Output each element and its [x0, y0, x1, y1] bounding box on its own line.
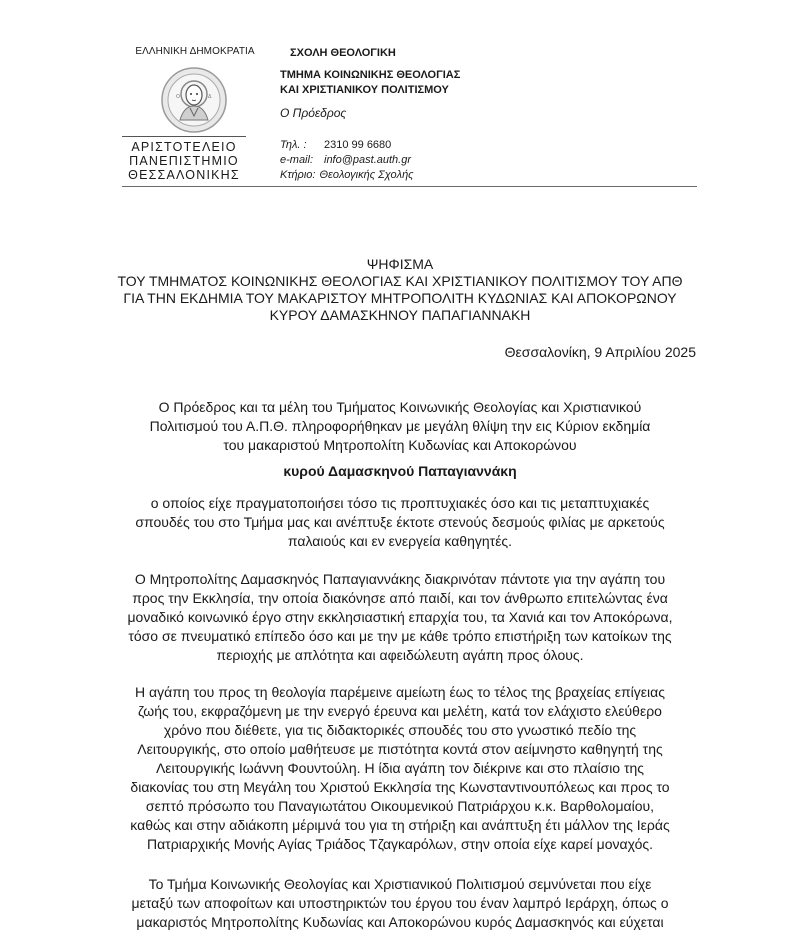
email-row: e-mail:info@past.auth.gr: [280, 153, 414, 168]
paragraph-theology: Η αγάπη του προς τη θεολογία παρέμεινε α…: [96, 683, 704, 854]
text-line: προς την Εκκλησία, την οποία διακόνησε α…: [96, 589, 704, 608]
republic-label: ΕΛΛΗΝΙΚΗ ΔΗΜΟΚΡΑΤΙΑ: [122, 46, 268, 57]
deceased-name: κυρού Δαμασκηνού Παπαγιαννάκη: [96, 463, 704, 479]
text-line: Πολιτισμού του Α.Π.Θ. πληροφορήθηκαν με …: [96, 417, 704, 436]
paragraph-studies: ο οποίος είχε πραγματοποιήσει τόσο τις π…: [96, 494, 704, 551]
phone-value: 2310 99 6680: [324, 139, 391, 151]
text-line: σεπτό πρόσωπο του Παναγιωτάτου Οικουμενι…: [96, 797, 704, 816]
building-label: Κτήριο:: [280, 168, 315, 183]
paragraph-intro: Ο Πρόεδρος και τα μέλη του Τμήματος Κοιν…: [96, 398, 704, 455]
text-line: διακονίας του στη Μεγάλη του Χριστού Εκκ…: [96, 778, 704, 797]
email-label: e-mail:: [280, 153, 320, 168]
building-value: Θεολογικής Σχολής: [319, 169, 413, 181]
phone-row: Τηλ. :2310 99 6680: [280, 138, 414, 153]
paragraph-honor: Το Τμήμα Κοινωνικής Θεολογίας και Χριστι…: [96, 875, 704, 932]
university-line: ΘΕΣΣΑΛΟΝΙΚΗΣ: [122, 168, 246, 182]
svg-text:Δ: Δ: [208, 94, 212, 100]
text-line: παλαιούς και εν ενεργεία καθηγητές.: [96, 532, 704, 551]
contact-info: Τηλ. :2310 99 6680 e-mail:info@past.auth…: [280, 138, 414, 183]
building-row: Κτήριο:Θεολογικής Σχολής: [280, 168, 414, 183]
department-name: ΤΜΗΜΑ ΚΟΙΝΩΝΙΚΗΣ ΘΕΟΛΟΓΙΑΣ ΚΑΙ ΧΡΙΣΤΙΑΝΙ…: [280, 68, 460, 98]
department-line: ΤΜΗΜΑ ΚΟΙΝΩΝΙΚΗΣ ΘΕΟΛΟΓΙΑΣ: [280, 68, 460, 83]
text-line: του μακαριστού Μητροπολίτη Κυδωνίας και …: [96, 436, 704, 455]
text-line: Η αγάπη του προς τη θεολογία παρέμεινε α…: [96, 683, 704, 702]
text-line: μακαριστός Μητροπολίτης Κυδωνίας και Απο…: [96, 913, 704, 932]
title-line: ΚΥΡΟΥ ΔΑΜΑΣΚΗΝΟΥ ΠΑΠΑΓΙΑΝΝΑΚΗ: [100, 307, 700, 324]
document-title: ΨΗΦΙΣΜΑ ΤΟΥ ΤΜΗΜΑΤΟΣ ΚΟΙΝΩΝΙΚΗΣ ΘΕΟΛΟΓΙΑ…: [100, 256, 700, 324]
department-line: ΚΑΙ ΧΡΙΣΤΙΑΝΙΚΟΥ ΠΟΛΙΤΙΣΜΟΥ: [280, 83, 460, 98]
email-link[interactable]: info@past.auth.gr: [324, 154, 411, 166]
svg-text:Ο: Ο: [176, 94, 180, 100]
text-line: Λειτουργικής Ιωάννη Φουντούλη. Η ίδια αγ…: [96, 759, 704, 778]
text-line: ζωής του, εκφραζόμενη με την ενεργό έρευ…: [96, 702, 704, 721]
aristotle-university-emblem-icon: Ο Δ: [160, 66, 228, 134]
paragraph-ministry: Ο Μητροπολίτης Δαμασκηνός Παπαγιαννάκης …: [96, 570, 704, 665]
text-line: τόσο σε πνευματικό επίπεδο όσο και με τη…: [96, 627, 704, 646]
document-date: Θεσσαλονίκη, 9 Απριλίου 2025: [505, 344, 696, 360]
title-line: ΤΟΥ ΤΜΗΜΑΤΟΣ ΚΟΙΝΩΝΙΚΗΣ ΘΕΟΛΟΓΙΑΣ ΚΑΙ ΧΡ…: [100, 273, 700, 290]
text-line: μοναδικό κοινωνικό έργο στην εκκλησιαστι…: [96, 608, 704, 627]
text-line: σπουδές του στο Τμήμα μας και ανέπτυξε έ…: [96, 513, 704, 532]
letterhead-divider: [122, 186, 697, 187]
school-name: ΣΧΟΛΗ ΘΕΟΛΟΓΙΚΗ: [290, 47, 396, 59]
title-line: ΨΗΦΙΣΜΑ: [100, 256, 700, 273]
university-line: ΑΡΙΣΤΟΤΕΛΕΙΟ: [122, 140, 246, 154]
text-line: χρόνο που διέθετε, για τις διδακτορικές …: [96, 721, 704, 740]
text-line: Ο Μητροπολίτης Δαμασκηνός Παπαγιαννάκης …: [96, 570, 704, 589]
text-line: περιοχής με απλότητα και αφειδώλευτη αγά…: [96, 646, 704, 665]
university-line: ΠΑΝΕΠΙΣΤΗΜΙΟ: [122, 154, 246, 168]
title-line: ΓΙΑ ΤΗΝ ΕΚΔΗΜΙΑ ΤΟΥ ΜΑΚΑΡΙΣΤΟΥ ΜΗΤΡΟΠΟΛΙ…: [100, 290, 700, 307]
text-line: Ο Πρόεδρος και τα μέλη του Τμήματος Κοιν…: [96, 398, 704, 417]
text-line: μεταξύ των αποφοίτων και υποστηρικτών το…: [96, 894, 704, 913]
university-name: ΑΡΙΣΤΟΤΕΛΕΙΟ ΠΑΝΕΠΙΣΤΗΜΙΟ ΘΕΣΣΑΛΟΝΙΚΗΣ: [122, 140, 246, 182]
office-title: Ο Πρόεδρος: [280, 106, 346, 120]
text-line: Πατριαρχικής Μονής Αγίας Τριάδος Τζαγκαρ…: [96, 835, 704, 854]
university-divider: [122, 136, 246, 137]
text-line: Το Τμήμα Κοινωνικής Θεολογίας και Χριστι…: [96, 875, 704, 894]
text-line: καθώς και στην αδιάκοπη μέριμνά του για …: [96, 816, 704, 835]
text-line: Λειτουργικής, στο οποίο μαθήτευσε με πισ…: [96, 740, 704, 759]
phone-label: Τηλ. :: [280, 138, 320, 153]
text-line: ο οποίος είχε πραγματοποιήσει τόσο τις π…: [96, 494, 704, 513]
